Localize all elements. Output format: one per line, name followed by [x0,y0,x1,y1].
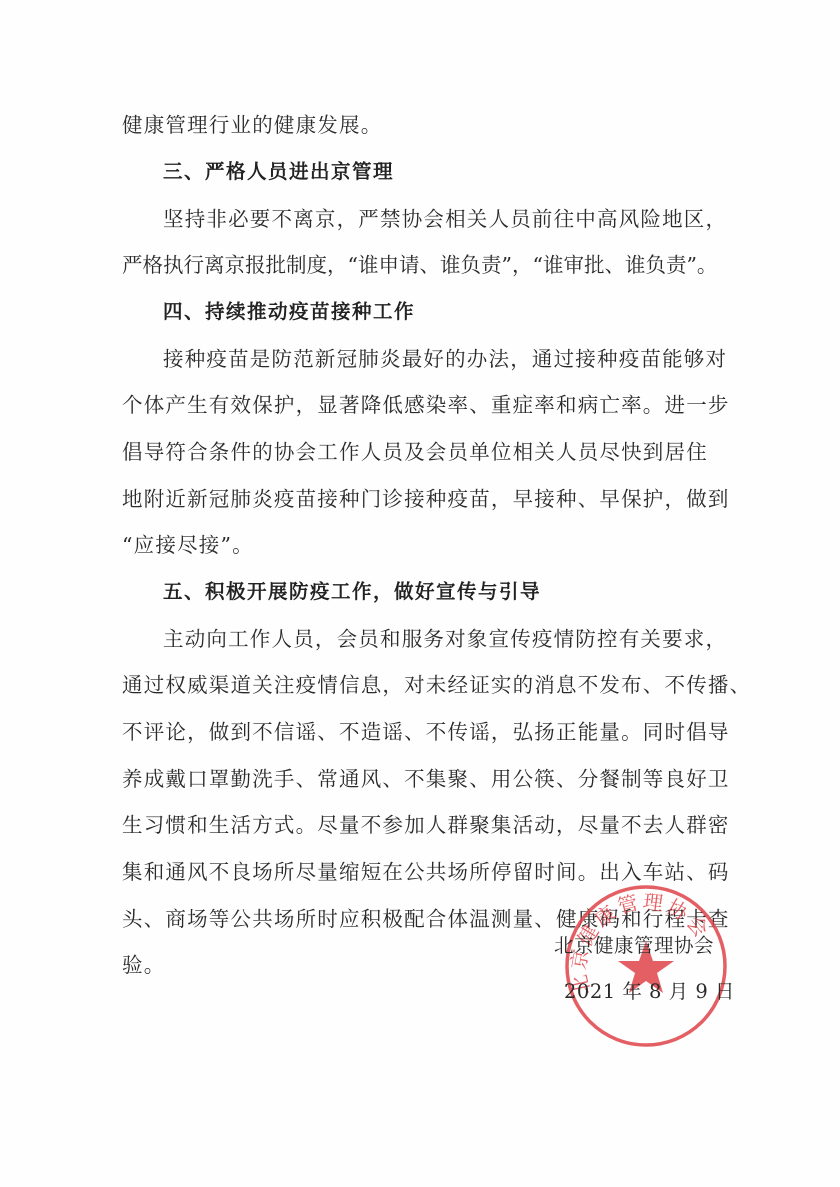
paragraph-line: 养成戴口罩勤洗手、常通风、不集聚、用公筷、分餐制等良好卫 [122,767,730,791]
paragraph-line: 验。 [122,953,165,977]
section-heading-4: 四、持续推动疫苗接种工作 [163,300,415,324]
paragraph-line: 个体产生有效保护，显著降低感染率、重症率和病亡率。进一步 [122,393,730,417]
paragraph-line: 接种疫苗是防范新冠肺炎最好的办法，通过接种疫苗能够对 [163,347,727,371]
section-heading-3: 三、严格人员进出京管理 [163,160,394,184]
paragraph-line: 健康管理行业的健康发展。 [122,113,382,137]
document-page: 健康管理行业的健康发展。 三、严格人员进出京管理 坚持非必要不离京，严禁协会相关… [0,0,840,1187]
paragraph-line: 通过权威渠道关注疫情信息，对未经证实的消息不发布、不传播、 [122,673,751,697]
paragraph-line: “应接尽接”。 [122,533,254,557]
paragraph-line: 集和通风不良场所尽量缩短在公共场所停留时间。出入车站、码 [122,860,730,884]
signature-organization: 北京健康管理协会 [554,934,714,958]
paragraph-line: 地附近新冠肺炎疫苗接种门诊接种疫苗，早接种、早保护，做到 [122,487,730,511]
official-seal-icon: 北京健康管理协会 [563,883,729,1049]
paragraph-line: 坚持非必要不离京，严禁协会相关人员前往中高风险地区， [163,207,727,231]
section-heading-5: 五、积极开展防疫工作，做好宣传与引导 [163,580,541,604]
paragraph-line: 倡导符合条件的协会工作人员及会员单位相关人员尽快到居住 [122,440,708,464]
paragraph-line: 生习惯和生活方式。尽量不参加人群聚集活动，尽量不去人群密 [122,813,730,837]
paragraph-line: 不评论，做到不信谣、不造谣、不传谣，弘扬正能量。同时倡导 [122,720,730,744]
paragraph-line: 严格执行离京报批制度，“谁申请、谁负责”，“谁审批、谁负责”。 [122,253,717,277]
signature-date: 2021 年 8 月 9 日 [564,980,735,1004]
paragraph-line: 主动向工作人员，会员和服务对象宣传疫情防控有关要求， [163,627,727,651]
